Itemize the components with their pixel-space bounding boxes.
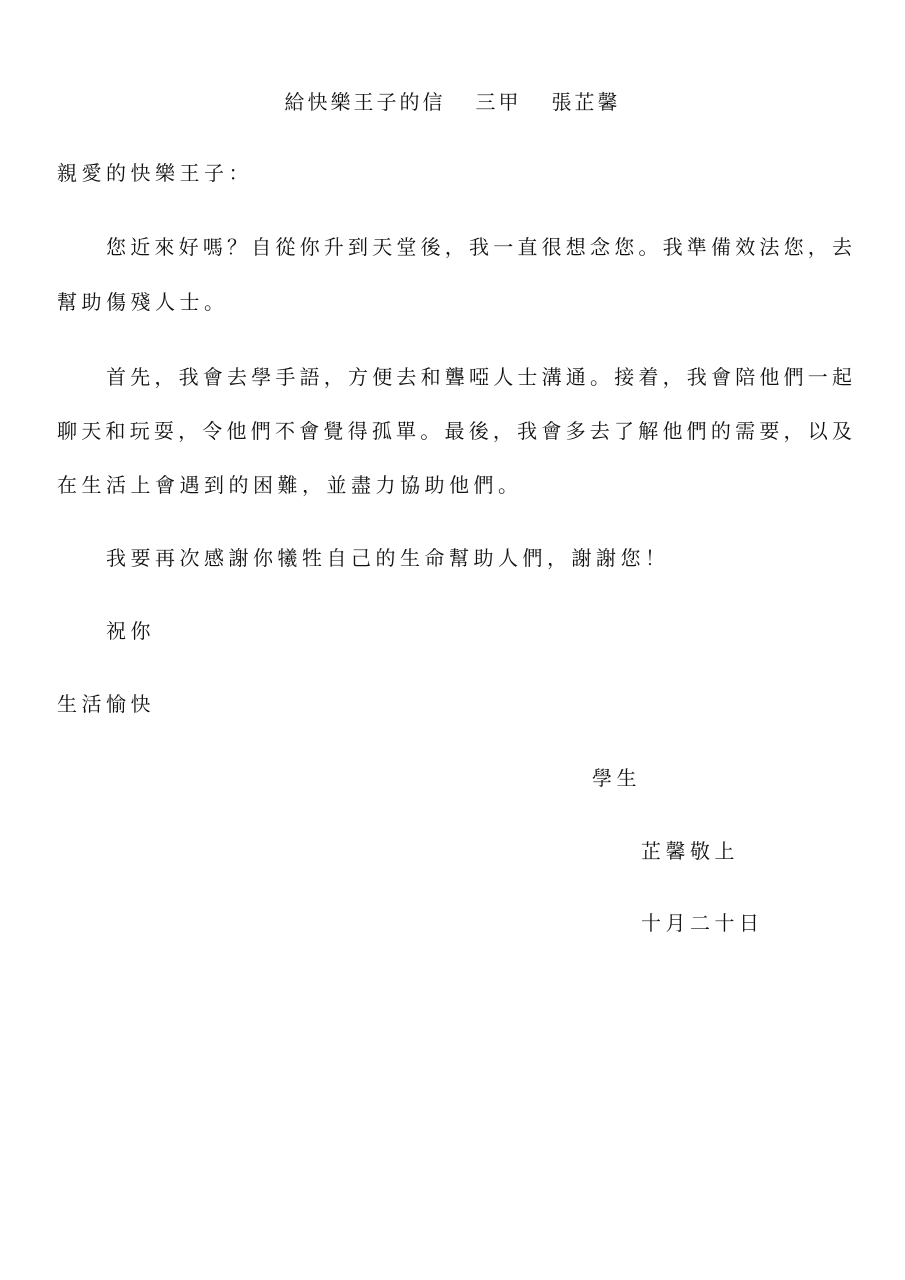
- paragraph-1-line-2: 幫助傷殘人士。: [57, 290, 229, 314]
- paragraph-3-line-1: 我要再次感謝你犧牲自己的生命幫助人們，謝謝您！: [106, 546, 670, 570]
- title-author: 張芷馨: [552, 90, 621, 114]
- letter-page: 給快樂王子的信三甲張芷馨 親愛的快樂王子： 您近來好嗎？自從你升到天堂後，我一直…: [0, 0, 905, 1280]
- salutation: 親愛的快樂王子：: [57, 161, 253, 185]
- signature-relation: 學生: [592, 766, 641, 790]
- paragraph-2-line-2: 聊天和玩耍，令他們不會覺得孤單。最後，我會多去了解他們的需要，以及: [57, 419, 852, 443]
- closing-wish: 祝你: [106, 619, 155, 643]
- signature-date: 十月二十日: [641, 911, 764, 935]
- paragraph-1-line-1: 您近來好嗎？自從你升到天堂後，我一直很想念您。我準備效法您，去: [106, 235, 852, 259]
- paragraph-2-line-3: 在生活上會遇到的困難，並盡力協助他們。: [57, 473, 523, 497]
- signature-name: 芷馨敬上: [641, 839, 739, 863]
- title-text: 給快樂王子的信: [285, 90, 446, 114]
- closing-wish-content: 生活愉快: [57, 692, 155, 716]
- paragraph-2-line-1: 首先，我會去學手語，方便去和聾啞人士溝通。接着，我會陪他們一起: [106, 365, 852, 389]
- letter-title: 給快樂王子的信三甲張芷馨: [0, 90, 905, 114]
- title-class: 三甲: [476, 90, 522, 114]
